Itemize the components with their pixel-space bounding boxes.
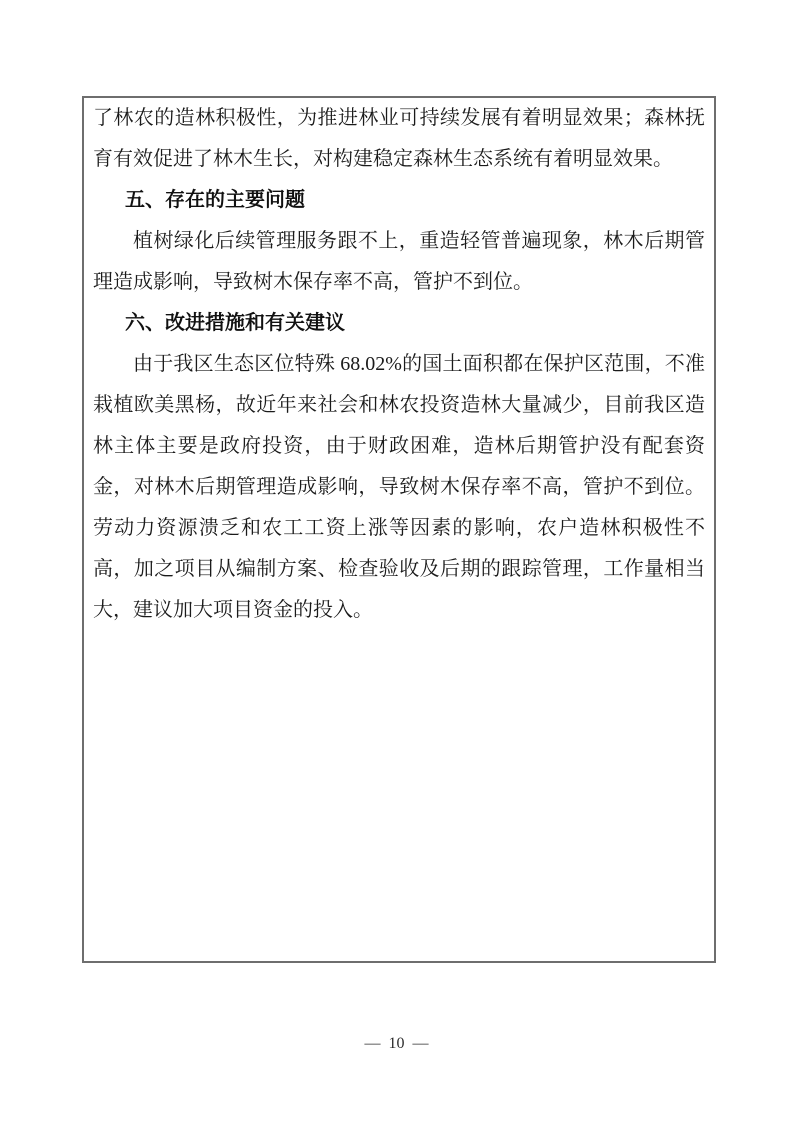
page-number: 10 (389, 1035, 405, 1052)
document-page: 了林农的造林积极性，为推进林业可持续发展有着明显效果；森林抚育有效促进了林木生长… (0, 0, 793, 1122)
page-footer: —10— (0, 1032, 793, 1056)
section-6-heading: 六、改进措施和有关建议 (93, 303, 705, 344)
section-5-body: 植树绿化后续管理服务跟不上，重造轻管普遍现象，林木后期管理造成影响，导致树木保存… (93, 221, 705, 303)
content-border-box: 了林农的造林积极性，为推进林业可持续发展有着明显效果；森林抚育有效促进了林木生长… (82, 96, 716, 963)
section-6-body: 由于我区生态区位特殊 68.02%的国土面积都在保护区范围，不准栽植欧美黑杨，故… (93, 344, 705, 631)
section-5-heading: 五、存在的主要问题 (93, 180, 705, 221)
intro-paragraph: 了林农的造林积极性，为推进林业可持续发展有着明显效果；森林抚育有效促进了林木生长… (93, 98, 705, 180)
footer-dash-left: — (365, 1035, 381, 1052)
footer-dash-right: — (413, 1035, 429, 1052)
